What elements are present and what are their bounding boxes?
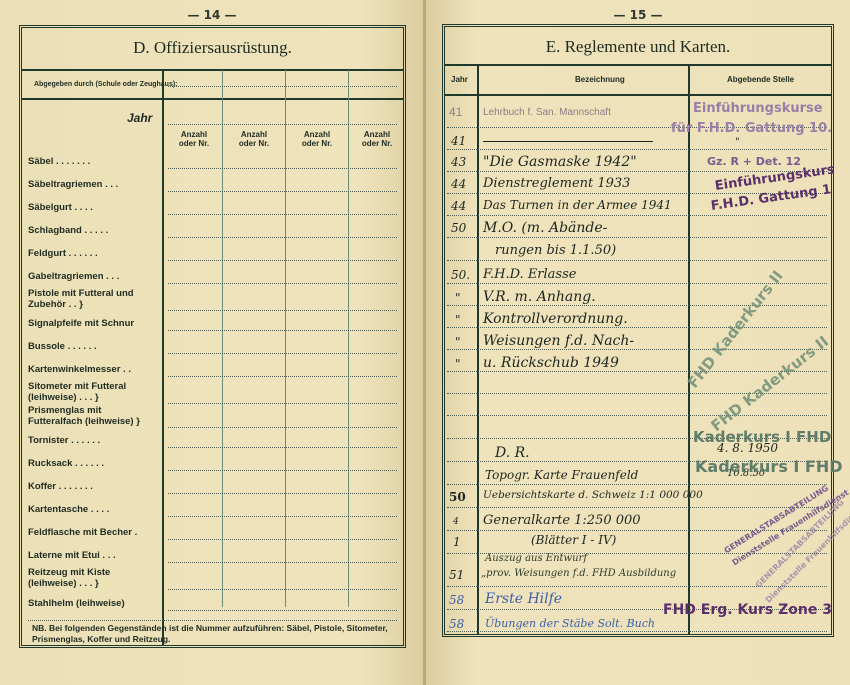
footnote: NB. Bei folgenden Gegenständen ist die N… xyxy=(32,623,394,645)
row-designation: V.R. m. Anhang. xyxy=(483,289,596,305)
row-designation: Uebersichtskarte d. Schweiz 1:1 000 000 xyxy=(483,489,703,501)
page-title: D. Offiziersausrüstung. xyxy=(22,38,403,58)
row-year: " xyxy=(455,335,461,349)
item-label: Feldflasche mit Becher . xyxy=(28,527,137,538)
item-label: Rucksack . . . . . . xyxy=(28,458,104,469)
year-label: Jahr xyxy=(127,113,152,124)
row-year: 41 xyxy=(449,105,462,119)
item-label: Kartentasche . . . . xyxy=(28,504,109,515)
row-designation: Auszug aus Entwurf xyxy=(485,553,587,564)
column-header: Anzahl oder Nr. xyxy=(174,130,214,148)
header-designation: Bezeichnung xyxy=(575,75,625,84)
item-label: Signalpfeife mit Schnur xyxy=(28,318,134,329)
header-issuer: Abgebende Stelle xyxy=(727,75,794,84)
row-designation: Weisungen f.d. Nach- xyxy=(483,333,634,349)
ditto-mark: " xyxy=(735,137,740,148)
row-designation: Topogr. Karte Frauenfeld xyxy=(485,468,638,482)
header-year: Jahr xyxy=(451,75,468,84)
row-designation: Generalkarte 1:250 000 xyxy=(483,513,641,528)
row-designation: "Die Gasmaske 1942" xyxy=(483,154,637,170)
row-year: 58 xyxy=(449,617,464,631)
column-header: Anzahl oder Nr. xyxy=(234,130,274,148)
row-designation: Das Turnen in der Armee 1941 xyxy=(483,198,672,212)
row-year: 50 xyxy=(449,490,466,504)
page-number: — 14 — xyxy=(0,8,424,22)
item-label: Feldgurt . . . . . . xyxy=(28,248,98,259)
stamp: Gz. R + Det. 12 xyxy=(707,155,801,168)
right-page: — 15 — E. Reglemente und Karten. Jahr Be… xyxy=(426,0,850,685)
item-label: Gabeltragriemen . . . xyxy=(28,271,119,282)
item-label: Säbel . . . . . . . xyxy=(28,156,90,167)
item-label: Prismenglas mit Futteralfach (leihweise)… xyxy=(28,405,153,427)
row-designation: u. Rückschub 1949 xyxy=(483,355,619,371)
row-designation: rungen bis 1.1.50) xyxy=(495,243,616,258)
row-designation: (Blätter I - IV) xyxy=(531,533,616,547)
row-year: 58 xyxy=(449,593,464,607)
row-year: " xyxy=(455,291,461,305)
item-label: Stahlhelm (leihweise) xyxy=(28,598,125,609)
stamp: GENERALSTABSABTEILUNG xyxy=(723,484,830,556)
stamp: Einführungskurse xyxy=(693,101,823,116)
column-header: Anzahl oder Nr. xyxy=(357,130,397,148)
row-year: 1 xyxy=(453,535,461,549)
row-year: 44 xyxy=(451,177,466,191)
item-label: Kartenwinkelmesser . . xyxy=(28,364,131,375)
row-year: 44 xyxy=(451,199,466,213)
item-label: Pistole mit Futteral und Zubehör . . } xyxy=(28,288,153,310)
row-designation: M.O. (m. Abände- xyxy=(483,220,607,236)
stamp: für F.H.D. Gattung 10. xyxy=(671,121,832,136)
column-header: Anzahl oder Nr. xyxy=(297,130,337,148)
item-label: Bussole . . . . . . xyxy=(28,341,97,352)
stamp: Kaderkurs I FHD xyxy=(693,428,831,446)
item-label: Laterne mit Etui . . . xyxy=(28,550,116,561)
row-designation xyxy=(483,134,663,148)
page-number: — 15 — xyxy=(426,8,850,22)
regulations-table-frame: E. Reglemente und Karten. Jahr Bezeichnu… xyxy=(442,24,834,637)
row-year: 50. xyxy=(451,268,470,282)
issued-by-label: Abgegeben durch (Schule oder Zeughaus): xyxy=(34,81,178,88)
row-year: 50 xyxy=(451,221,466,235)
row-designation: Übungen der Stäbe Solt. Buch xyxy=(485,617,655,630)
equipment-table-frame: D. Offiziersausrüstung. Abgegeben durch … xyxy=(19,25,406,648)
row-designation: Kontrollverordnung. xyxy=(483,311,628,327)
item-label: Säbelgurt . . . . xyxy=(28,202,93,213)
row-designation: Erste Hilfe xyxy=(485,591,562,607)
row-designation: F.H.D. Erlasse xyxy=(483,267,576,282)
row-year: " xyxy=(455,313,461,327)
row-year: " xyxy=(455,357,461,371)
item-label: Sitometer mit Futteral (leihweise) . . .… xyxy=(28,381,153,403)
row-year: 51 xyxy=(449,568,464,582)
item-label: Tornister . . . . . . xyxy=(28,435,100,446)
row-year: 41 xyxy=(451,134,466,148)
item-label: Koffer . . . . . . . xyxy=(28,481,93,492)
item-label: Säbeltragriemen . . . xyxy=(28,179,118,190)
row-designation: „prov. Weisungen f.d. FHD Ausbildung xyxy=(481,568,676,579)
page-title: E. Reglemente und Karten. xyxy=(445,37,831,57)
item-label: Schlagband . . . . . xyxy=(28,225,108,236)
item-label: Reitzeug mit Kiste (leihweise) . . . } xyxy=(28,567,153,589)
row-designation: D. R. xyxy=(495,445,530,461)
row-year: 4 xyxy=(453,517,459,527)
stamp: FHD Erg. Kurs Zone 3 xyxy=(663,602,832,618)
left-page: — 14 — D. Offiziersausrüstung. Abgegeben… xyxy=(0,0,424,685)
row-year: 43 xyxy=(451,155,466,169)
stamp: Kaderkurs I FHD xyxy=(695,457,843,476)
row-designation: Lehrbuch f. San. Mannschaft xyxy=(483,107,611,118)
row-designation: Dienstreglement 1933 xyxy=(483,176,630,191)
